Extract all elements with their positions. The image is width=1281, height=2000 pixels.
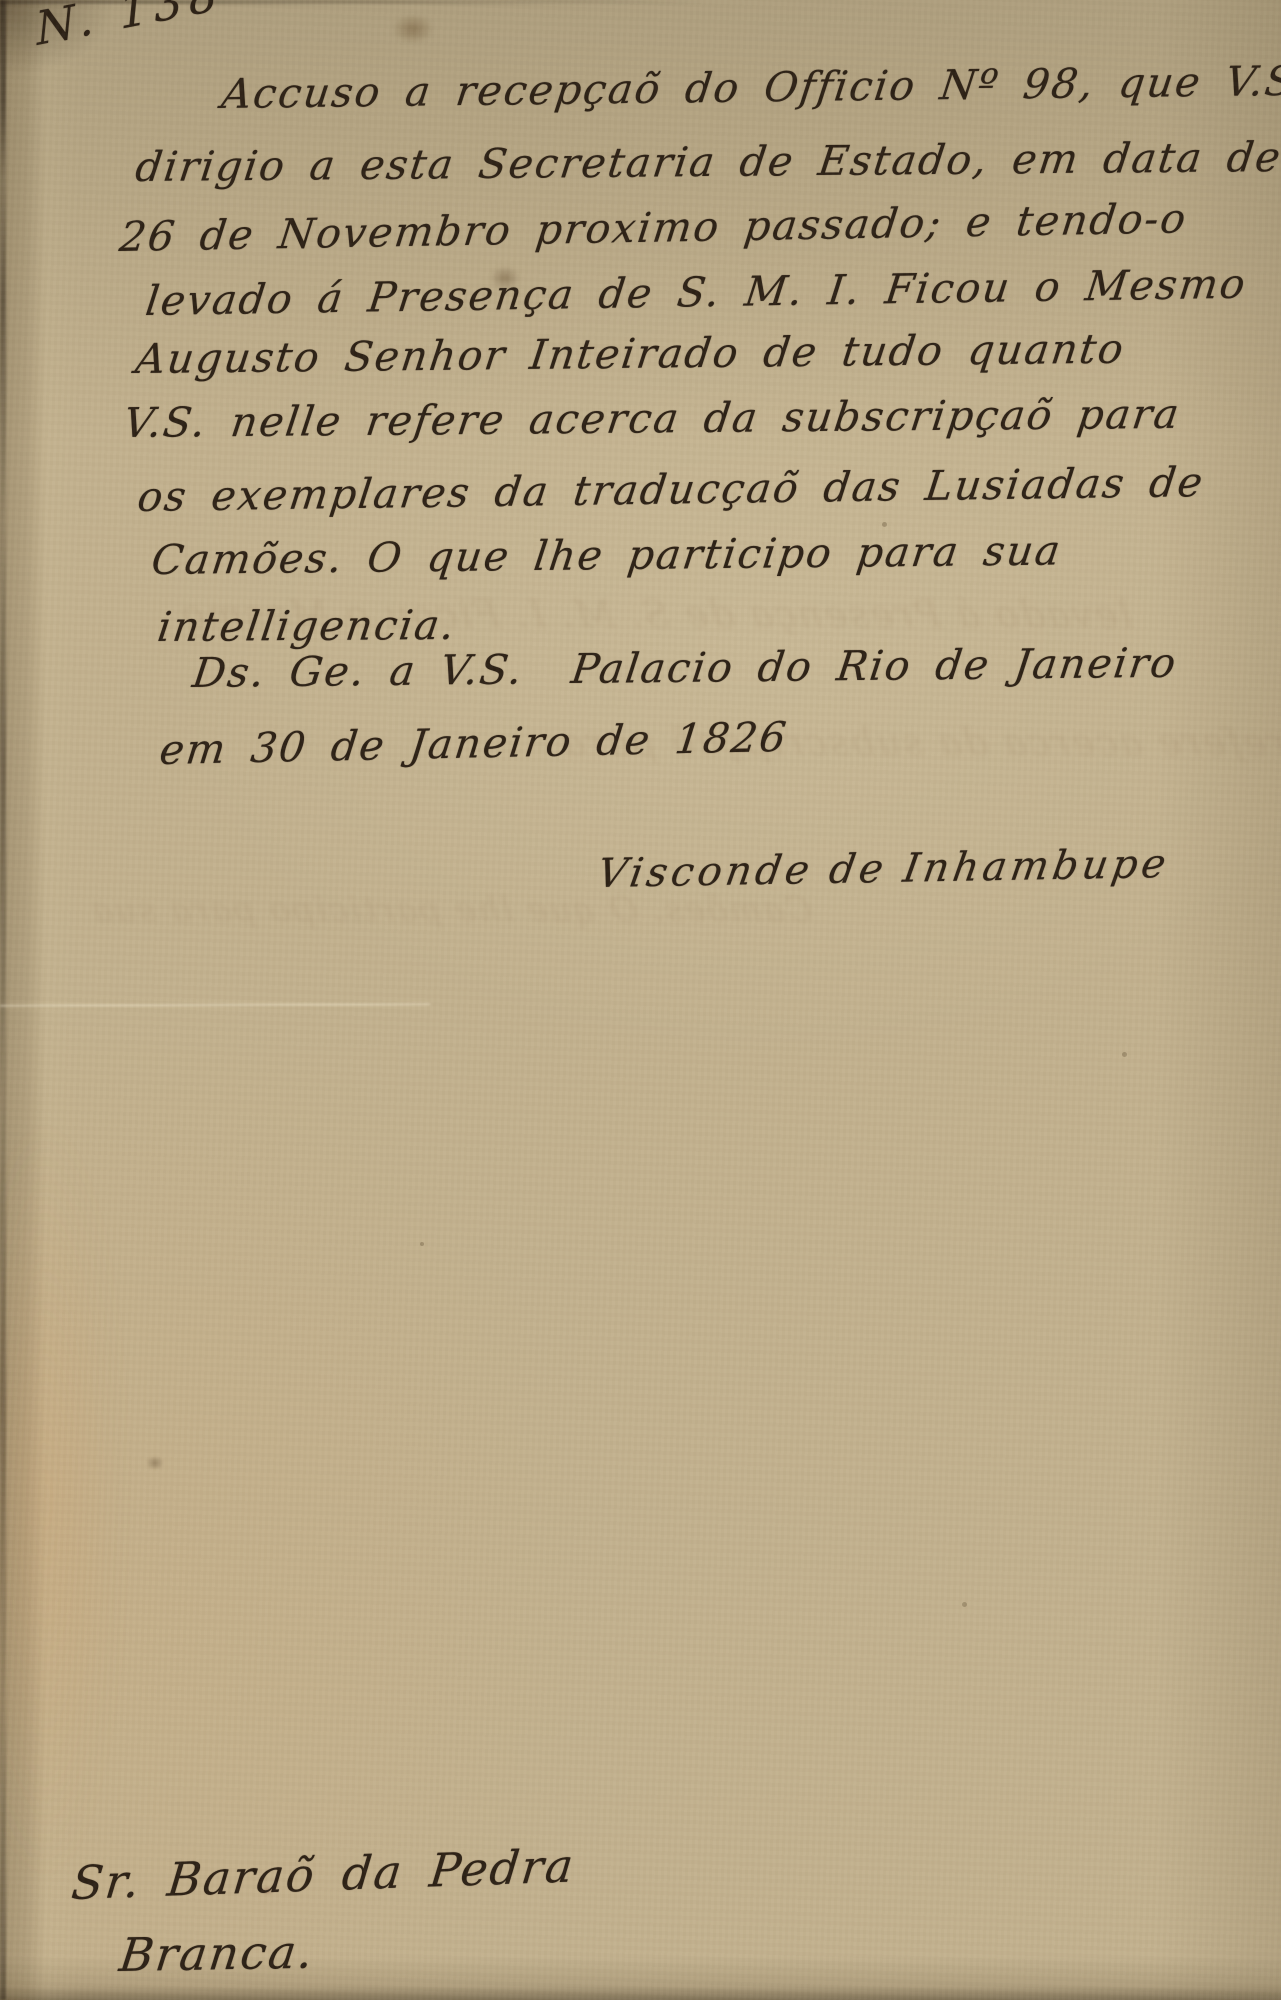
letter-line: levado á Presença de S. M. I. Ficou o Me…	[143, 260, 1250, 325]
letter-line: intelligencia.	[155, 601, 459, 651]
closing-salute: Ds. Ge. a V.S.	[190, 646, 527, 698]
letter-line: Camões. O que lhe participo para sua	[149, 526, 1065, 584]
addressee-line: Branca.	[117, 1925, 318, 1983]
closing-line: Ds. Ge. a V.S.Palacio do Rio de Janeiro	[190, 639, 1181, 697]
ink-showthrough: Camões. O que lhe participo para sua	[87, 890, 815, 930]
closing-date: em 30 de Janeiro de 1826	[157, 713, 790, 774]
scan-left-edge	[0, 0, 6, 2000]
addressee-line: Sr. Baraõ da Pedra	[69, 1838, 578, 1910]
letter-line: dirigio a esta Secretaria de Estado, em …	[133, 133, 1281, 191]
letter-line: os exemplares da traducçaõ das Lusiadas …	[135, 458, 1207, 521]
paper-speck	[1122, 1052, 1127, 1057]
manuscript-page: levado á Presença de S. M. I. Ficou o Me…	[0, 0, 1281, 2000]
paper-speck	[962, 1602, 967, 1607]
paper-crease	[0, 1003, 430, 1007]
ink-smudge	[392, 14, 434, 44]
letter-line: V.S. nelle refere acerca da subscripçaõ …	[121, 390, 1184, 447]
paper-stain	[146, 1456, 164, 1470]
paper-speck	[420, 1242, 424, 1246]
closing-place: Palacio do Rio de Janeiro	[569, 639, 1181, 693]
registry-number: N. 138	[34, 0, 226, 56]
letter-line: 26 de Novembro proximo passado; e tendo-…	[117, 194, 1190, 261]
paper-speck	[882, 522, 887, 527]
letter-line: Augusto Senhor Inteirado de tudo quanto	[133, 325, 1128, 383]
letter-line: Accuso a recepçaõ do Officio Nº 98, que …	[219, 57, 1281, 118]
signature: Visconde de Inhambupe	[594, 841, 1173, 897]
paper-stain	[0, 1120, 120, 1880]
